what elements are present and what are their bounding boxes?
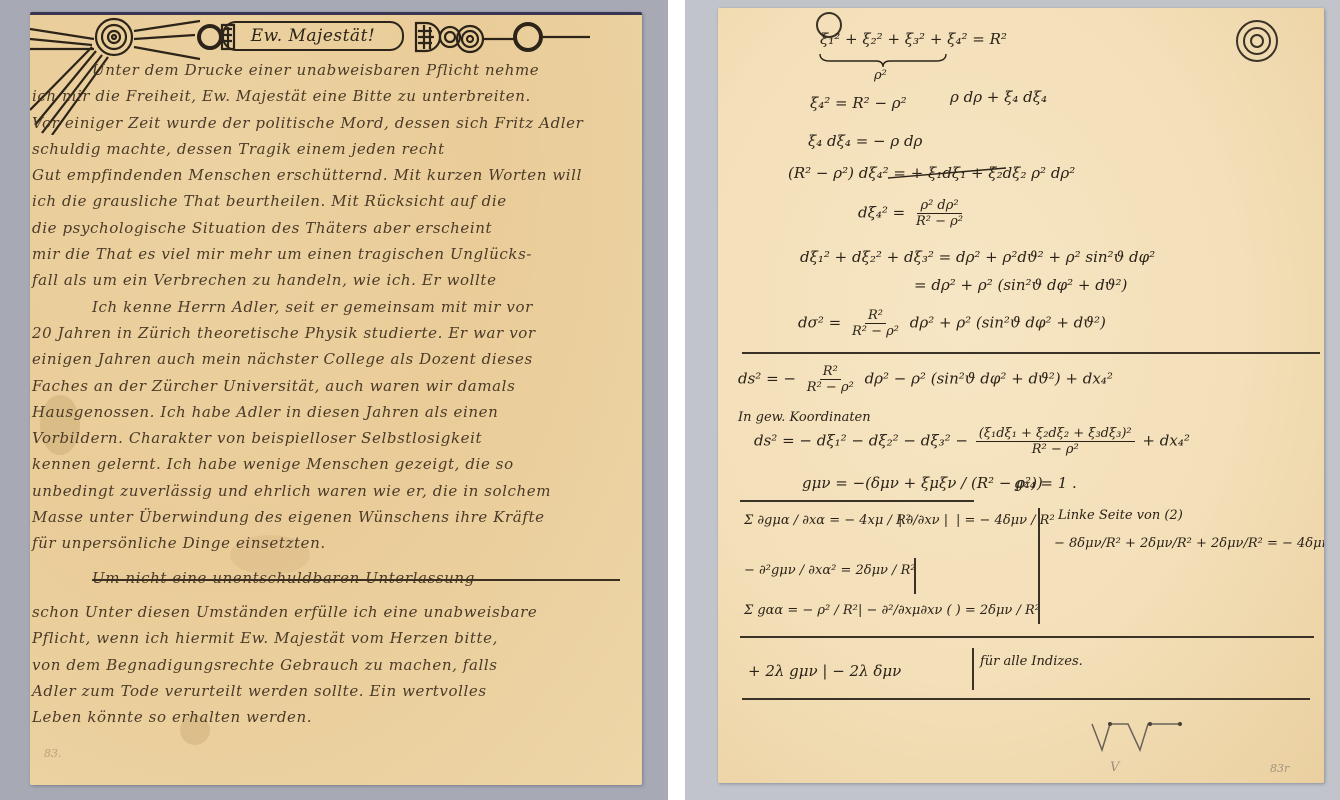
fraction: ρ² dρ²R² − ρ² [913,198,966,229]
strikethrough-mark [888,166,1008,182]
eq-lhs: dσ² = [798,314,841,332]
letter-body: Unter dem Drucke einer unabweisbaren Pfl… [92,57,632,730]
letter-line: Vorbildern. Charakter von beispielloser … [32,425,632,451]
eq-lhs: ds² = − dξ₁² − dξ₂² − dξ₃² − [754,432,968,450]
equation-sphere: ξ₁² + ξ₂² + ξ₃² + ξ₄² = R² [820,30,1007,48]
right-photo-background: ξ₁² + ξ₂² + ξ₃² + ξ₄² = R² ρ² ξ₄² = R² −… [685,0,1340,800]
letter-line: Leben könnte so erhalten werden. [32,704,632,730]
label-left-side: Linke Seite von (2) [1058,508,1183,523]
letter-line: für unpersönliche Dinge einsetzten. [32,530,632,556]
letter-line: ich die grausliche That beurtheilen. Mit… [32,188,632,214]
equation-left-side-sum: − 8δμν/R² + 2δμν/R² + 2δμν/R² = − 4δμν/R… [1054,536,1324,551]
equation-metric-tensor: gμν = −(δμν + ξμξν / (R² − ρ²)) [802,474,1043,492]
page-number: 83. [44,747,62,760]
letter-line: Adler zum Tode verurteilt werden sollte.… [32,678,632,704]
sketch-label: V [1110,760,1119,775]
vertical-divider [914,558,916,594]
short-divider [740,500,974,502]
fraction: (ξ₁dξ₁ + ξ₂dξ₂ + ξ₃dξ₃)²R² − ρ² [976,426,1135,457]
equation-ds-cartesian: ds² = − dξ₁² − dξ₂² − dξ₃² − (ξ₁dξ₁ + ξ₂… [754,426,1190,457]
photo-divider [668,0,685,800]
letter-line: die psychologische Situation des Thäters… [32,215,632,241]
equation-mixed-partial: | − ∂²/∂xμ∂xν ( ) = 2δμν / R² [858,603,1040,618]
equation-differential: ξ₄ dξ₄ = − ρ dρ [808,132,922,150]
eq-rhs: + dx₄² [1142,432,1189,450]
eq-rhs: dρ² − ρ² (sin²ϑ dφ² + dϑ²) + dx₄² [865,370,1113,388]
letter-line: schon Unter diesen Umständen erfülle ich… [32,599,632,625]
left-photo-background: Ew. Majestät! Unter dem Drucke einer una… [0,0,668,800]
eq-lhs: ds² = − [738,370,796,388]
vertical-divider [1038,508,1040,624]
letter-line: schuldig machte, dessen Tragik einem jed… [32,136,632,162]
numerator: (ξ₁dξ₁ + ξ₂dξ₂ + ξ₃dξ₃)² [976,426,1135,442]
equation-g44: g₄₄ = 1 . [1014,474,1077,492]
equation-dxi4-squared: dξ₄² = ρ² dρ²R² − ρ² [858,198,969,229]
eq-lhs: dξ₄² = [858,204,905,222]
equation-divergence: Σ ∂gμα / ∂xα = − 4xμ / R² [744,513,911,528]
numerator: R² [865,308,886,324]
letter-line: Ich kenne Herrn Adler, seit er gemeinsam… [32,294,632,320]
underbrace [818,52,948,68]
letter-line: ich mir die Freiheit, Ew. Majestät eine … [32,83,632,109]
pencil-sketch [1088,720,1198,760]
equation-xi4: ξ₄² = R² − ρ² [810,94,907,112]
label-all-indices: für alle Indizes. [980,654,1083,669]
equation-partial-op: | ∂/∂xν | [898,513,948,528]
letter-line: Pflicht, wenn ich hiermit Ew. Majestät v… [32,625,632,651]
letter-line: Unter dem Drucke einer unabweisbaren Pfl… [92,57,632,83]
letter-line: unbedingt zuverlässig und ehrlich waren … [32,478,632,504]
denominator: R² − ρ² [849,324,902,339]
fraction: R²R² − ρ² [804,364,857,395]
fraction: R²R² − ρ² [849,308,902,339]
equations-page: ξ₁² + ξ₂² + ξ₃² + ξ₄² = R² ρ² ξ₄² = R² −… [718,8,1324,783]
label-coordinates: In gew. Koordinaten [738,410,871,425]
letter-line: Faches an der Zürcher Universität, auch … [32,373,632,399]
denominator: R² − ρ² [1029,442,1082,457]
letter-line-struck: Um nicht eine unentschuldbaren Unterlass… [32,565,632,591]
letter-line: kennen gelernt. Ich habe wenige Menschen… [32,451,632,477]
equation-spherical-simplified: = dρ² + ρ² (sin²ϑ dφ² + dϑ²) [914,276,1127,294]
salutation-heading: Ew. Majestät! [222,21,404,51]
section-divider [740,636,1314,638]
letter-line: fall als um ein Verbrechen zu handeln, w… [32,267,632,293]
equation-second-derivative: − ∂²gμν / ∂xα² = 2δμν / R² [744,563,916,578]
page-number: 83r [1270,762,1289,775]
concentric-circles-icon [1234,18,1280,64]
equation-side-note: ρ dρ + ξ₄ dξ₄ [950,88,1047,106]
equation-lambda-term: + 2λ gμν | − 2λ δμν [748,662,901,680]
equation-trace: Σ gαα = − ρ² / R² [744,603,858,618]
eq-rhs: dρ² + ρ² (sin²ϑ dφ² + dϑ²) [910,314,1106,332]
letter-line: einigen Jahren auch mein nächster Colleg… [32,346,632,372]
vertical-divider [972,648,974,690]
denominator: R² − ρ² [913,214,966,229]
numerator: R² [820,364,841,380]
letter-line: Masse unter Überwindung des eigenen Wüns… [32,504,632,530]
letter-line: 20 Jahren in Zürich theoretische Physik … [32,320,632,346]
numerator: ρ² dρ² [917,198,961,214]
equation-dsigma: dσ² = R²R² − ρ² dρ² + ρ² (sin²ϑ dφ² + dϑ… [798,308,1106,339]
section-divider [742,698,1310,700]
letter-line: Gut empfindenden Menschen erschütternd. … [32,162,632,188]
letter-line: Vor einiger Zeit wurde der politische Mo… [32,110,632,136]
letter-line: Hausgenossen. Ich habe Adler in diesen J… [32,399,632,425]
section-divider [742,352,1320,354]
letter-line: von dem Begnadigungsrechte Gebrauch zu m… [32,652,632,678]
equation-divergence-result: | = − 4δμν / R² [956,513,1055,528]
equation-spherical: dξ₁² + dξ₂² + dξ₃² = dρ² + ρ²dϑ² + ρ² si… [800,248,1155,266]
letter-page: Ew. Majestät! Unter dem Drucke einer una… [30,12,642,785]
brace-label: ρ² [874,68,887,83]
denominator: R² − ρ² [804,380,857,395]
letter-line: mir die That es viel mir mehr um einen t… [32,241,632,267]
equation-ds-squared: ds² = − R²R² − ρ² dρ² − ρ² (sin²ϑ dφ² + … [738,364,1113,395]
